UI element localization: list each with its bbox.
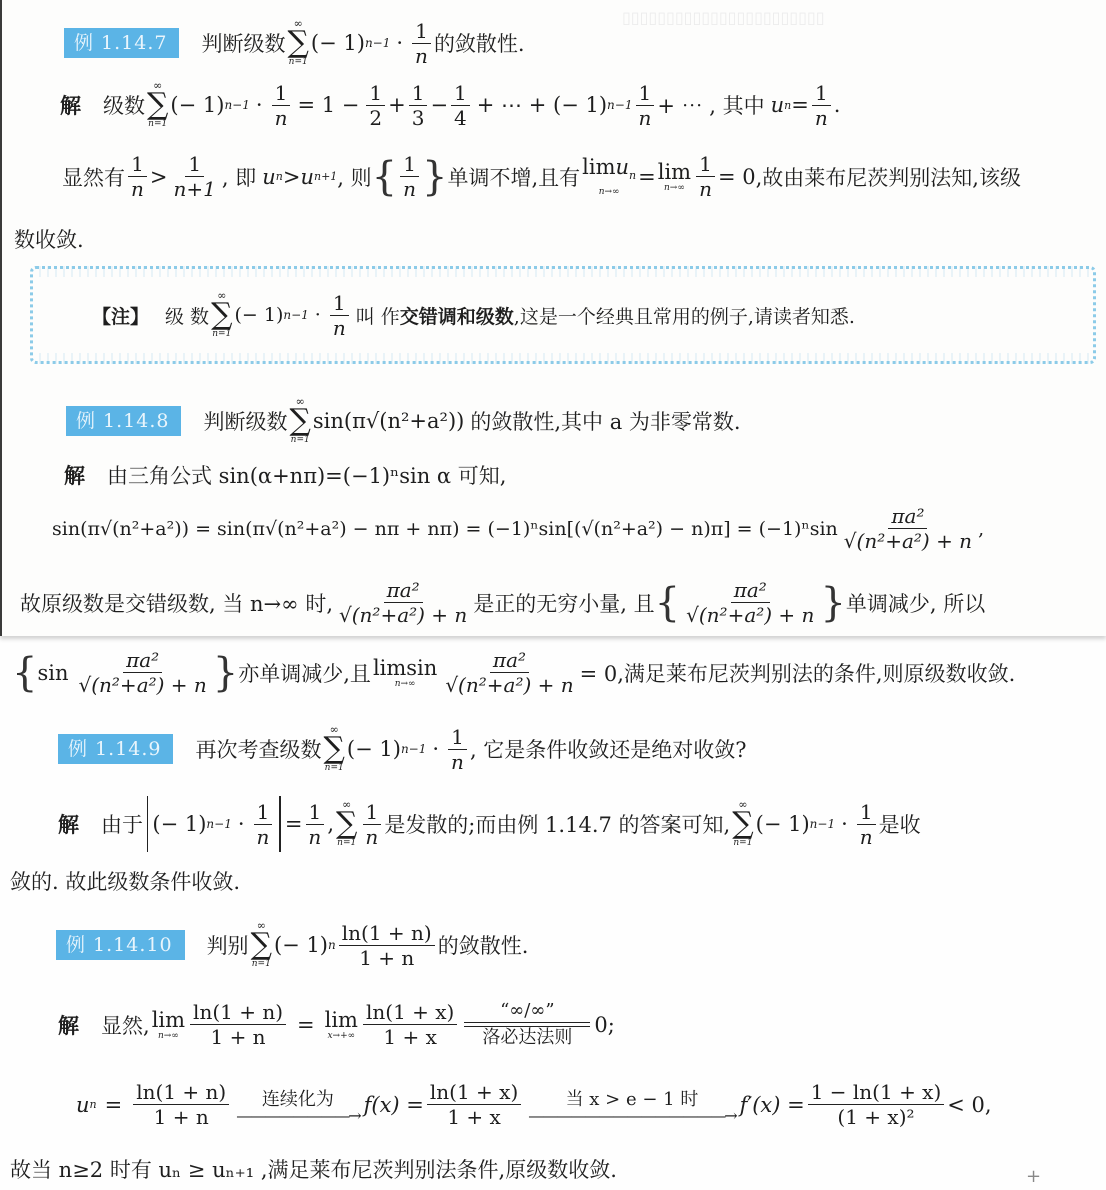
left-brace: {: [12, 653, 37, 693]
text: ,故由莱布尼茨判别法知,该级: [756, 162, 1021, 192]
fraction: 1n: [400, 152, 419, 201]
solution-1-14-7-line1: 解 级数 ∞∑n=1 (− 1)n−1 · 1n = 1 − 12 + 13 −…: [60, 80, 840, 130]
equation: sin(π√(n²+a²)) = sin(π√(n²+a²) − nπ + nπ…: [52, 518, 838, 540]
text: −: [430, 93, 448, 117]
exponent: n: [328, 938, 336, 952]
fraction: 1n: [412, 19, 431, 68]
solution-1-14-10-line2: un = ln(1 + n)1 + n 连续化为————————→ f(x) =…: [76, 1080, 992, 1129]
note-content: 【注】 级 数 ∞∑n=1 (− 1)n−1 · 1n 叫 作 交错调和级数 ,…: [92, 290, 855, 340]
text: 由于: [101, 809, 143, 839]
fraction: 1n: [362, 800, 381, 849]
fraction: 14: [451, 81, 470, 130]
summation-symbol: ∞∑n=1: [251, 920, 272, 970]
exponent: n−1: [401, 742, 426, 756]
fraction: ln(1 + x)1 + x: [363, 1000, 457, 1049]
term: (− 1): [234, 304, 283, 326]
limit: limx→+∞: [325, 1009, 358, 1041]
text: 0;: [594, 1013, 614, 1037]
subscript: n: [90, 1098, 97, 1111]
arrow-condition: 当 x > e − 1 时——————————————→: [528, 1089, 735, 1121]
left-brace: {: [372, 157, 397, 197]
abs-bar-left: [147, 796, 148, 852]
text: 单调不增,且有: [447, 162, 580, 192]
fraction: ln(1 + n)1 + n: [339, 921, 435, 970]
prompt-suffix: 的敛散性.: [434, 28, 525, 58]
fraction: 1n: [272, 81, 291, 130]
example-badge: 例 1.14.10: [56, 930, 185, 960]
text: sin: [37, 661, 68, 685]
fraction: 1n: [254, 800, 273, 849]
text: 叫 作: [356, 302, 400, 329]
text: 是正的无穷小量, 且: [473, 588, 654, 618]
text: + ⋯ , 其中: [657, 90, 764, 120]
exponent: n−1: [206, 817, 231, 831]
example-1-14-8-heading: 例 1.14.8 判断级数 ∞∑n=1 sin(π√(n²+a²)) 的敛散性,…: [66, 396, 741, 446]
fraction: 1n: [305, 800, 324, 849]
text: , 则: [337, 162, 371, 192]
variable: u: [262, 165, 276, 189]
term: (− 1): [152, 812, 206, 836]
text: ,这是一个经典且常用的例子,请读者知悉.: [514, 302, 855, 329]
text: 单调减少, 所以: [846, 588, 985, 618]
right-brace: }: [213, 653, 238, 693]
subscript: n+1: [314, 170, 337, 183]
solution-1-14-7-line3: 数收敛.: [14, 224, 84, 254]
fraction: 1n: [812, 81, 831, 130]
fraction: πa²√(n²+a²) + n: [841, 504, 975, 553]
text: 敛的. 故此级数条件收敛.: [10, 866, 240, 896]
text: 亦单调减少,且: [238, 658, 371, 688]
limit: limunn→∞: [582, 156, 636, 197]
example-1-14-10-heading: 例 1.14.10 判别 ∞∑n=1 (− 1)n ln(1 + n)1 + n…: [56, 920, 528, 970]
text: 是发散的;而由例 1.14.7 的答案可知,: [384, 809, 730, 839]
solution-1-14-10-conclusion: 故当 n≥2 时有 uₙ ≥ uₙ₊₁ ,满足莱布尼茨判别法条件,原级数收敛.: [10, 1154, 617, 1184]
fraction: 1n: [448, 725, 467, 774]
solution-label: 解: [64, 460, 85, 490]
solution-1-14-7-line2: 显然有 1n > 1n+1 , 即 un>un+1 , 则 { 1n } 单调不…: [62, 152, 1021, 201]
abs-bar-right: [279, 796, 280, 852]
fraction: 1n: [128, 152, 147, 201]
bleed-through-text: ▯▯▯▯▯▯▯▯▯▯▯▯▯▯▯▯▯▯▯▯▯▯▯: [622, 8, 825, 27]
solution-1-14-8-line2: sin(π√(n²+a²)) = sin(π√(n²+a²) − nπ + nπ…: [52, 504, 984, 553]
variable: >u: [283, 165, 314, 189]
fraction: ln(1 + x)1 + x: [427, 1080, 521, 1129]
solution-1-14-9-line1: 解 由于 (− 1)n−1 · 1n = 1n , ∞∑n=1 1n 是发散的;…: [58, 796, 921, 852]
fraction: ln(1 + n)1 + n: [190, 1000, 286, 1049]
summation-symbol: ∞∑n=1: [732, 799, 753, 849]
text: =: [297, 1013, 315, 1037]
text: .: [834, 93, 841, 117]
text: = 0,满足莱布尼茨判别法的条件,则原级数收敛.: [580, 658, 1016, 688]
exponent: n−1: [810, 817, 835, 831]
fraction: 12: [366, 81, 385, 130]
fraction: πa²√(n²+a²) + n: [683, 578, 817, 627]
right-brace: }: [820, 583, 845, 623]
example-1-14-9-heading: 例 1.14.9 再次考查级数 ∞∑n=1 (− 1)n−1 · 1n , 它是…: [58, 724, 747, 774]
fraction: 1 − ln(1 + x)(1 + x)²: [808, 1080, 945, 1129]
summation-symbol: ∞∑n=1: [211, 290, 232, 340]
solution-1-14-8-line1: 解 由三角公式 sin(α+nπ)=(−1)ⁿsin α 可知,: [64, 460, 506, 490]
summation-symbol: ∞∑n=1: [336, 799, 357, 849]
text: >: [150, 165, 168, 189]
term: (− 1): [347, 737, 401, 761]
text: 故当 n≥2 时有 uₙ ≥ uₙ₊₁ ,满足莱布尼茨判别法条件,原级数收敛.: [10, 1154, 617, 1184]
solution-1-14-9-line2: 敛的. 故此级数条件收敛.: [10, 866, 240, 896]
variable: u: [771, 93, 785, 117]
text: 由三角公式 sin(α+nπ)=(−1)ⁿsin α 可知,: [107, 460, 506, 490]
text: 显然,: [101, 1010, 150, 1040]
summation-symbol: ∞ ∑ n=1: [287, 18, 308, 68]
summation-symbol: ∞∑n=1: [147, 80, 168, 130]
example-badge: 例 1.14.9: [58, 734, 173, 764]
derivative: f′(x) =: [740, 1093, 805, 1117]
fraction: πa²√(n²+a²) + n: [336, 578, 470, 627]
summation-symbol: ∞∑n=1: [289, 396, 310, 446]
left-brace: {: [655, 583, 680, 623]
text: 数收敛.: [14, 224, 84, 254]
exponent: n−1: [607, 98, 632, 112]
limit: limsinn→∞: [373, 657, 437, 689]
prompt-suffix: 的敛散性.: [438, 930, 529, 960]
right-brace: }: [422, 157, 447, 197]
dot: ·: [315, 304, 321, 326]
term: (− 1): [756, 812, 810, 836]
example-1-14-7-heading: 例 1.14.7 判断级数 ∞ ∑ n=1 (− 1)n−1 · 1n 的敛散性…: [64, 18, 525, 68]
limit: limn→∞: [152, 1009, 185, 1041]
example-badge: 例 1.14.7: [64, 28, 179, 58]
prompt-text: 再次考查级数: [195, 734, 321, 764]
crosshair-mark: +: [1026, 1166, 1041, 1187]
function: f(x) =: [364, 1093, 424, 1117]
fraction: 1n: [857, 800, 876, 849]
fraction: 13: [409, 81, 428, 130]
example-badge: 例 1.14.8: [66, 406, 181, 436]
text: 显然有: [62, 162, 125, 192]
dot: ·: [841, 812, 848, 836]
text: 级 数: [165, 302, 209, 329]
fraction: 1n: [635, 81, 654, 130]
exponent: n−1: [283, 308, 308, 322]
arrow-continuous: 连续化为————————→: [236, 1089, 359, 1121]
text: 是收: [879, 809, 921, 839]
solution-label: 解: [58, 1010, 79, 1040]
bold-term: 交错调和级数: [400, 302, 514, 329]
text: =: [791, 93, 809, 117]
subscript: n: [784, 99, 791, 112]
fraction: πa²√(n²+a²) + n: [75, 648, 209, 697]
fraction: 1n+1: [171, 152, 219, 201]
text: , 即: [222, 162, 256, 192]
dot: ·: [432, 737, 439, 761]
term: (− 1): [170, 93, 224, 117]
text: < 0,: [947, 1093, 991, 1117]
prompt-text: 判断级数: [201, 28, 285, 58]
prompt-text: 判别: [207, 930, 249, 960]
dot: ·: [238, 812, 245, 836]
fraction: 1n: [330, 291, 349, 340]
text: = 1 −: [297, 93, 359, 117]
prompt-text: 判断级数: [203, 406, 287, 436]
fraction: 1n: [696, 152, 715, 201]
text: + ⋯ + (− 1): [477, 93, 607, 117]
page-scan-bottom: { sin πa²√(n²+a²) + n } 亦单调减少,且 limsinn→…: [0, 636, 1106, 1190]
limit: limn→∞: [658, 161, 691, 193]
lhopital-equals: “∞/∞”洛必达法则: [464, 1000, 590, 1049]
solution-label: 解: [60, 90, 81, 120]
subscript: n: [276, 170, 283, 183]
dot: ·: [396, 31, 403, 55]
solution-1-14-8-cont: { sin πa²√(n²+a²) + n } 亦单调减少,且 limsinn→…: [12, 648, 1015, 697]
term: (− 1): [274, 933, 328, 957]
text: 级数: [103, 90, 145, 120]
variable: u: [76, 1093, 90, 1117]
exponent: n−1: [224, 98, 249, 112]
fraction: πa²√(n²+a²) + n: [442, 648, 576, 697]
exponent: n−1: [365, 36, 390, 50]
prompt-suffix: 的敛散性,其中 a 为非零常数.: [470, 406, 740, 436]
text: +: [388, 93, 406, 117]
solution-label: 解: [58, 809, 79, 839]
text: = 0: [718, 165, 756, 189]
summation-symbol: ∞∑n=1: [323, 724, 344, 774]
note-label: 【注】: [92, 302, 149, 329]
term: (− 1): [311, 31, 365, 55]
solution-1-14-8-line3: 故原级数是交错级数, 当 n→∞ 时, πa²√(n²+a²) + n 是正的无…: [20, 578, 985, 627]
prompt-suffix: , 它是条件收敛还是绝对收敛?: [470, 734, 747, 764]
solution-1-14-10-line1: 解 显然, limn→∞ ln(1 + n)1 + n = limx→+∞ ln…: [58, 1000, 615, 1049]
dot: ·: [256, 93, 263, 117]
series-term: sin(π√(n²+a²)): [313, 409, 464, 433]
page-scan-top: ▯▯▯▯▯▯▯▯▯▯▯▯▯▯▯▯▯▯▯▯▯▯▯ 例 1.14.7 判断级数 ∞ …: [0, 0, 1106, 636]
text: 故原级数是交错级数, 当 n→∞ 时,: [20, 588, 333, 618]
text: ,: [978, 518, 984, 540]
fraction: ln(1 + n)1 + n: [133, 1080, 229, 1129]
